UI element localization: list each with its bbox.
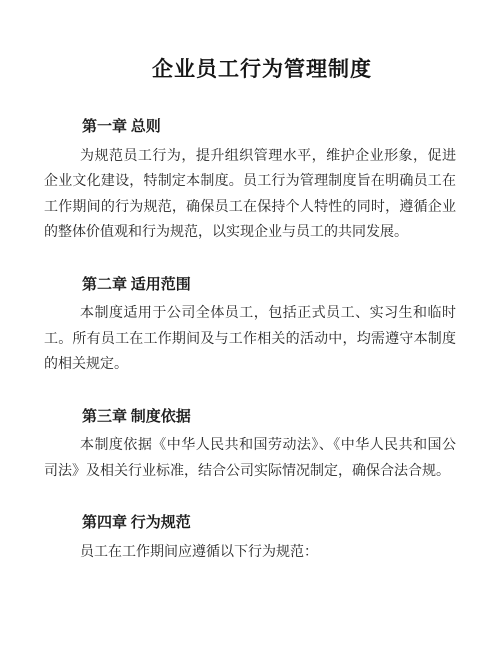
section-heading-general: 第一章 总则 xyxy=(44,115,456,141)
section-paragraph-conduct: 员工在工作期间应遵循以下行为规范： xyxy=(44,540,456,566)
section-paragraph-general: 为规范员工行为，提升组织管理水平，维护企业形象，促进企业文化建设，特制定本制度。… xyxy=(44,144,456,246)
document-title: 企业员工行为管理制度 xyxy=(44,55,456,85)
section-heading-basis: 第三章 制度依据 xyxy=(44,405,456,431)
section-heading-scope: 第二章 适用范围 xyxy=(44,273,456,299)
section-heading-conduct: 第四章 行为规范 xyxy=(44,511,456,537)
section-paragraph-scope: 本制度适用于公司全体员工，包括正式员工、实习生和临时工。所有员工在工作期间及与工… xyxy=(44,301,456,378)
section-basis: 第三章 制度依据 本制度依据《中华人民共和国劳动法》、《中华人民共和国公司法》及… xyxy=(44,405,456,485)
section-scope: 第二章 适用范围 本制度适用于公司全体员工，包括正式员工、实习生和临时工。所有员… xyxy=(44,273,456,378)
section-conduct: 第四章 行为规范 员工在工作期间应遵循以下行为规范： xyxy=(44,511,456,565)
document-page: 企业员工行为管理制度 第一章 总则 为规范员工行为，提升组织管理水平，维护企业形… xyxy=(0,0,500,647)
section-general: 第一章 总则 为规范员工行为，提升组织管理水平，维护企业形象，促进企业文化建设，… xyxy=(44,115,456,246)
section-paragraph-basis: 本制度依据《中华人民共和国劳动法》、《中华人民共和国公司法》及相关行业标准，结合… xyxy=(44,433,456,484)
